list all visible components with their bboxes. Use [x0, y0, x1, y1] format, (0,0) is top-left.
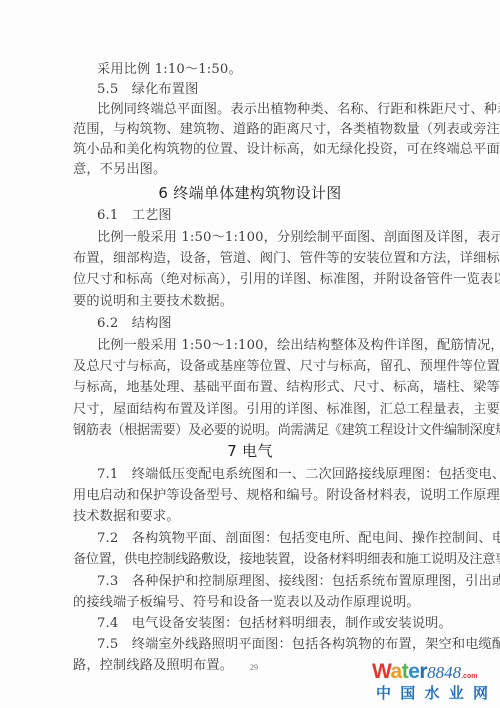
paragraph-line: 的接线端子板编号、符号和设备一览表以及动作原理说明。 — [73, 595, 427, 611]
document-page: 采用比例 1:10～1:50。 5.5 绿化布置图 比例同终端总平面图。表示出植… — [0, 0, 500, 708]
paragraph-line: 及总尺寸与标高，设备或基座等位置、尺寸与标高，留孔、预埋件等位置、尺寸 — [73, 359, 427, 375]
logo-cn-char: 业 — [449, 684, 464, 702]
chapter-heading-7: 7 电气 — [0, 442, 500, 460]
chapter-heading-6: 6 终端单体建构筑物设计图 — [0, 184, 500, 202]
paragraph-line: 采用比例 1:10～1:50。 — [97, 62, 427, 78]
paragraph-line: 筑小品和美化构筑物的位置、设计标高，如无绿化投资，可在终端总平面图上示 — [73, 142, 427, 158]
page-number: 29 — [250, 663, 258, 672]
logo-domain-suffix: .com — [461, 673, 477, 680]
logo-letter-w: W — [372, 660, 391, 683]
paragraph-line: 7.1 终端低压变配电系统图和一、二次回路接线原理图：包括变电、配电、 — [97, 467, 427, 483]
paragraph-line: 7.3 各种保护和控制原理图、接线图：包括系统布置原理图，引出或引入 — [97, 574, 427, 590]
paragraph-line: 备位置，供电控制线路敷设，接地装置，设备材料明细表和施工说明及注意事项。 — [73, 552, 427, 568]
logo-letter-a: a — [391, 660, 402, 683]
section-title-6-1: 6.1 工艺图 — [97, 208, 427, 224]
water8848-logo: Water8848.com 中 国 水 业 网 — [372, 662, 497, 706]
paragraph-line: 要的说明和主要技术数据。 — [73, 294, 427, 310]
paragraph-line: 7.5 终端室外线路照明平面图：包括各构筑物的布置，架空和电缆配电线 — [97, 637, 427, 653]
paragraph-line: 范围，与构筑物、建筑物、道路的距离尺寸，各类植物数量（列表或旁注），建 — [73, 122, 427, 138]
logo-letter-r: r — [419, 660, 427, 683]
paragraph-line: 7.4 电气设备安装图：包括材料明细表，制作或安装说明。 — [97, 616, 427, 632]
paragraph-line: 比例同终端总平面图。表示出植物种类、名称、行距和株距尺寸、种栽位置 — [97, 102, 427, 118]
paragraph-line: 意，不另出图。 — [73, 162, 427, 178]
section-title-5-5: 5.5 绿化布置图 — [97, 82, 427, 98]
paragraph-line: 尺寸，屋面结构布置及详图。引用的详图、标准图，汇总工程量表，主要材料表、 — [73, 402, 427, 418]
paragraph-line: 比例一般采用 1:50～1:100，绘出结构整体及构件详图，配筋情况，各部分 — [97, 338, 427, 354]
logo-number: 8848 — [427, 663, 461, 682]
paragraph-line: 技术数据和要求。 — [73, 509, 427, 525]
logo-cn-char: 网 — [473, 684, 488, 702]
paragraph-line: 钢筋表（根据需要）及必要的说明。尚需满足《建筑工程设计文件编制深度规定》。 — [73, 423, 427, 439]
paragraph-line: 位尺寸和标高（绝对标高），引用的详图、标准图，并附设备管件一览表以及必 — [73, 272, 427, 288]
paragraph-line: 7.2 各构筑物平面、剖面图：包括变电所、配电间、操作控制间、电气设 — [97, 531, 427, 547]
logo-cn-char: 水 — [424, 684, 439, 702]
section-title-6-2: 6.2 结构图 — [97, 316, 427, 332]
logo-letter-e: e — [408, 660, 419, 683]
paragraph-line: 用电启动和保护等设备型号、规格和编号。附设备材料表，说明工作原理，主要 — [73, 488, 427, 504]
paragraph-line: 比例一般采用 1:50～1:100，分别绘制平面图、剖面图及详图，表示出工艺 — [97, 230, 427, 246]
logo-chinese-name: 中 国 水 业 网 — [376, 684, 488, 702]
paragraph-line: 布置，细部构造，设备，管道、阀门、管件等的安装位置和方法，详细标注各部 — [73, 251, 427, 267]
logo-cn-char: 国 — [400, 684, 415, 702]
logo-cn-char: 中 — [376, 684, 391, 702]
paragraph-line: 与标高，地基处理、基础平面布置、结构形式、尺寸、标高，墙柱、梁等位置及 — [73, 380, 427, 396]
